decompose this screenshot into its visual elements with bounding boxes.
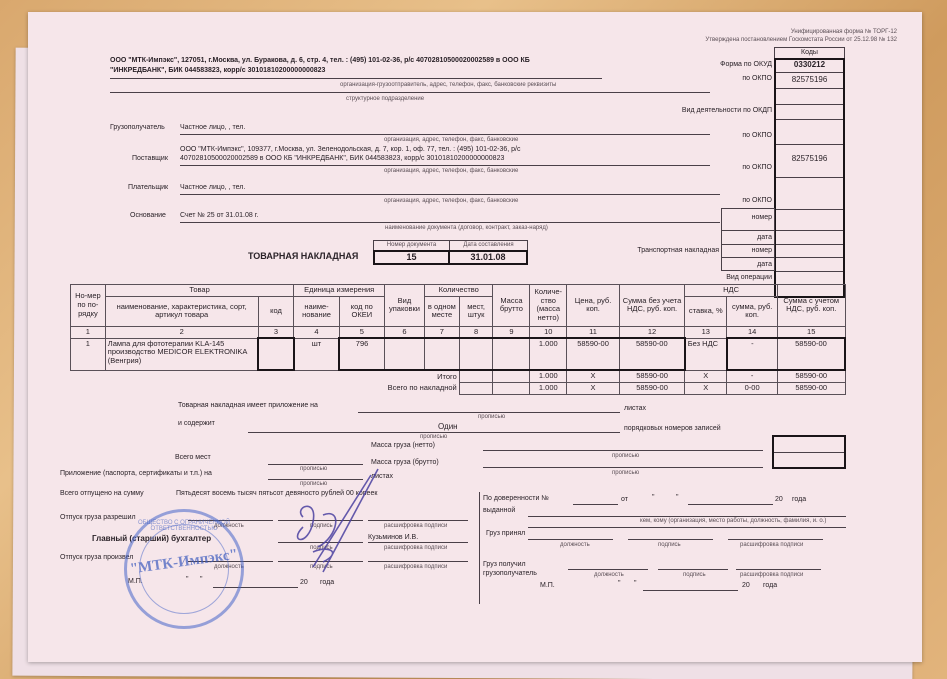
decode-caption-5: расшифровка подписи	[740, 572, 803, 578]
operation-label: Вид операции	[726, 274, 772, 281]
transport-number-label: номер	[752, 247, 772, 254]
grand-vat-sum: 0-00	[727, 382, 778, 394]
payer-label: Плательщик	[128, 184, 168, 191]
column-number: 13	[685, 326, 727, 338]
mp-right: М.П.	[540, 582, 555, 589]
h-vat: НДС	[685, 285, 778, 297]
quote-3: "	[652, 494, 655, 501]
released-sum-label: Всего отпущено на сумму	[60, 490, 144, 497]
h-unit: Единица измерения	[294, 285, 385, 297]
h-goods: Товар	[105, 285, 294, 297]
proxy-from: от	[621, 496, 628, 503]
net-mass-label: Масса груза (нетто)	[371, 442, 435, 449]
row-pack	[384, 338, 424, 370]
total-label: Итого	[71, 370, 460, 382]
year-prefix-left: 20	[300, 579, 308, 586]
quote-6: "	[634, 580, 637, 587]
footer-divider	[479, 492, 480, 604]
proxy-label: По доверенности №	[483, 495, 549, 502]
gross-mass-label: Масса груза (брутто)	[371, 459, 439, 466]
column-number: 12	[619, 326, 684, 338]
sheets-label: листах	[624, 405, 646, 412]
h-vat-rate: ставка, %	[685, 296, 727, 326]
position-caption-5: должность	[594, 572, 624, 578]
h-net: Количе-ство (масса нетто)	[530, 285, 567, 327]
torg12-sheet: Унифицированная форма № ТОРГ-12 Утвержде…	[28, 12, 922, 662]
release-allowed-label: Отпуск груза разрешил	[60, 514, 136, 521]
grand-price: X	[567, 382, 620, 394]
okpo-label-1: по ОКПО	[742, 75, 772, 82]
table-row: 1 Лампа для фототерапии KLA-145 производ…	[71, 338, 846, 370]
column-number: 3	[258, 326, 294, 338]
decode-caption-2: расшифровка подписи	[384, 545, 447, 551]
issued-caption: кем, кому (организация, место работы, до…	[640, 518, 826, 524]
consignee-value: Частное лицо, , тел.	[180, 124, 245, 131]
decode-caption-3: расшифровка подписи	[384, 564, 447, 570]
release-done-label: Отпуск груза произвел	[60, 554, 133, 561]
quote-5: "	[618, 580, 621, 587]
consignee-label: Грузополучатель	[110, 124, 165, 131]
basis-date-label: дата	[757, 234, 772, 241]
payer-caption: организация, адрес, телефон, факс, банко…	[384, 198, 518, 204]
row-name: Лампа для фототерапии KLA-145 производст…	[105, 338, 258, 370]
basis-label: Основание	[130, 212, 166, 219]
column-number: 10	[530, 326, 567, 338]
year-prefix-proxy: 20	[775, 496, 783, 503]
okpo-label-2: по ОКПО	[742, 132, 772, 139]
supplier-line1: ООО "МТК-Импэкс", 109377, г.Москва, ул. …	[180, 146, 520, 153]
okud-label: Форма по ОКУД	[720, 61, 772, 68]
contains-value: Один	[438, 422, 458, 431]
okpo-supplier-value: 82575196	[776, 154, 843, 163]
supplier-caption: организация, адрес, телефон, факс, банко…	[384, 168, 518, 174]
cargo-accepted-label: Груз принял	[486, 530, 525, 537]
row-net: 1.000	[530, 338, 567, 370]
grand-label: Всего по накладной	[71, 382, 460, 394]
attachment-label: Товарная накладная имеет приложение на	[178, 402, 318, 409]
h-price: Цена, руб. коп.	[567, 285, 620, 327]
h-sum-vat: Сумма с учетом НДС, руб. коп.	[777, 285, 845, 327]
row-vat-rate: Без НДС	[685, 338, 727, 370]
column-numbers-row: 123456789101112131415	[71, 326, 846, 338]
shipper-caption: организация-грузоотправитель, адрес, тел…	[340, 82, 556, 88]
supplier-line2: 40702810500020002589 в ООО КБ "ИНКРЕДБАН…	[180, 155, 504, 162]
h-qty-places: мест, штук	[459, 296, 493, 326]
basis-value: Счет № 25 от 31.01.08 г.	[180, 212, 258, 219]
appendix-label: Приложение (паспорта, сертификаты и т.п.…	[60, 470, 212, 477]
h-qty: Количество	[424, 285, 492, 297]
goods-table: Но-мер по по-рядку Товар Единица измерен…	[70, 284, 846, 395]
in-words-caption-2: прописью	[420, 434, 447, 440]
column-number: 9	[493, 326, 530, 338]
h-qty-one: в одном месте	[424, 296, 459, 326]
row-price: 58590-00	[567, 338, 620, 370]
h-sum-novat: Сумма без учета НДС, руб. коп.	[619, 285, 684, 327]
supplier-label: Поставщик	[132, 155, 168, 162]
grand-vat-rate: X	[685, 382, 727, 394]
decode-caption-4: расшифровка подписи	[740, 542, 803, 548]
h-unit-name: наиме-нование	[294, 296, 339, 326]
total-net: 1.000	[530, 370, 567, 382]
column-number: 2	[105, 326, 258, 338]
stamp-ring-text: ОБЩЕСТВО С ОГРАНИЧЕННОЙ ОТВЕТСТВЕННОСТЬЮ	[127, 520, 241, 532]
column-number: 6	[384, 326, 424, 338]
year-suffix-right: года	[763, 582, 777, 589]
row-qty-places	[459, 338, 493, 370]
column-number: 11	[567, 326, 620, 338]
quote-4: "	[676, 494, 679, 501]
column-number: 15	[777, 326, 845, 338]
row-num: 1	[71, 338, 106, 370]
places-label: Всего мест	[175, 454, 211, 461]
h-gross: Масса брутто	[493, 285, 530, 327]
column-number: 14	[727, 326, 778, 338]
column-number: 4	[294, 326, 339, 338]
total-sum-novat: 58590-00	[619, 370, 684, 382]
okdp-label: Вид деятельности по ОКДП	[682, 107, 772, 114]
okpo-label-4: по ОКПО	[742, 197, 772, 204]
row-unit: шт	[294, 338, 339, 370]
in-words-caption-4: прописью	[612, 470, 639, 476]
total-sum-vat: 58590-00	[777, 370, 845, 382]
in-words-caption: прописью	[478, 414, 505, 420]
consignee-caption: организация, адрес, телефон, факс, банко…	[384, 137, 518, 143]
h-num: Но-мер по по-рядку	[71, 285, 106, 327]
contains-label: и содержит	[178, 420, 215, 427]
row-sum-vat: 58590-00	[777, 338, 845, 370]
h-pack: Вид упаковки	[384, 285, 424, 327]
shipper-line1: ООО "МТК-Импэкс", 127051, г.Москва, ул. …	[110, 57, 530, 64]
row-gross	[493, 338, 530, 370]
basis-caption: наименование документа (договор, контрак…	[385, 225, 548, 231]
year-suffix-proxy: года	[792, 496, 806, 503]
doc-number: 15	[373, 250, 450, 265]
row-qty-one	[424, 338, 459, 370]
company-stamp: ОБЩЕСТВО С ОГРАНИЧЕННОЙ ОТВЕТСТВЕННОСТЬЮ…	[124, 509, 244, 629]
signature-caption-5: подпись	[683, 572, 706, 578]
codes-column	[774, 58, 845, 298]
row-okei: 796	[339, 338, 384, 370]
total-vat-sum: -	[727, 370, 778, 382]
shipper-line2: "ИНКРЕДБАНК", БИК 044583823, корр/с 3010…	[110, 67, 325, 74]
issued-label: выданной	[483, 507, 515, 514]
cargo-received-label: Груз получил грузополучатель	[483, 560, 553, 578]
grand-total-row: Всего по накладной 1.000 X 58590-00 X 0-…	[71, 382, 846, 394]
okud-value: 0330212	[776, 60, 843, 69]
column-number: 7	[424, 326, 459, 338]
basis-number-label: номер	[752, 214, 772, 221]
form-name: Унифицированная форма № ТОРГ-12	[791, 29, 897, 35]
doc-date: 31.01.08	[448, 250, 528, 265]
form-approved: Утверждена постановлением Госкомстата Ро…	[705, 37, 897, 43]
payer-value: Частное лицо, , тел.	[180, 184, 245, 191]
year-suffix-left: года	[320, 579, 334, 586]
row-sum-novat: 58590-00	[619, 338, 684, 370]
transport-label: Транспортная накладная	[637, 247, 719, 254]
row-code	[258, 338, 294, 370]
column-number: 1	[71, 326, 106, 338]
handwritten-signature	[283, 467, 393, 577]
decode-caption-1: расшифровка подписи	[384, 523, 447, 529]
grand-net: 1.000	[530, 382, 567, 394]
grand-sum-vat: 58590-00	[777, 382, 845, 394]
division-caption: структурное подразделение	[346, 96, 424, 102]
h-vat-sum: сумма, руб. коп.	[727, 296, 778, 326]
document-title: ТОВАРНАЯ НАКЛАДНАЯ	[248, 251, 358, 261]
h-unit-okei: код по ОКЕИ	[339, 296, 384, 326]
row-vat-sum: -	[727, 338, 778, 370]
h-goods-code: код	[258, 296, 294, 326]
records-label: порядковых номеров записей	[624, 425, 721, 432]
position-caption-4: должность	[560, 542, 590, 548]
okpo-shipper-value: 82575196	[776, 75, 843, 84]
year-prefix-right: 20	[742, 582, 750, 589]
okpo-label-3: по ОКПО	[742, 164, 772, 171]
total-vat-rate: X	[685, 370, 727, 382]
h-goods-name: наименование, характеристика, сорт, арти…	[105, 296, 258, 326]
column-number: 8	[459, 326, 493, 338]
in-words-caption-3: прописью	[612, 453, 639, 459]
total-row: Итого 1.000 X 58590-00 X - 58590-00	[71, 370, 846, 382]
signature-caption-4: подпись	[658, 542, 681, 548]
total-price: X	[567, 370, 620, 382]
transport-date-label: дата	[757, 261, 772, 268]
grand-sum-novat: 58590-00	[619, 382, 684, 394]
column-number: 5	[339, 326, 384, 338]
